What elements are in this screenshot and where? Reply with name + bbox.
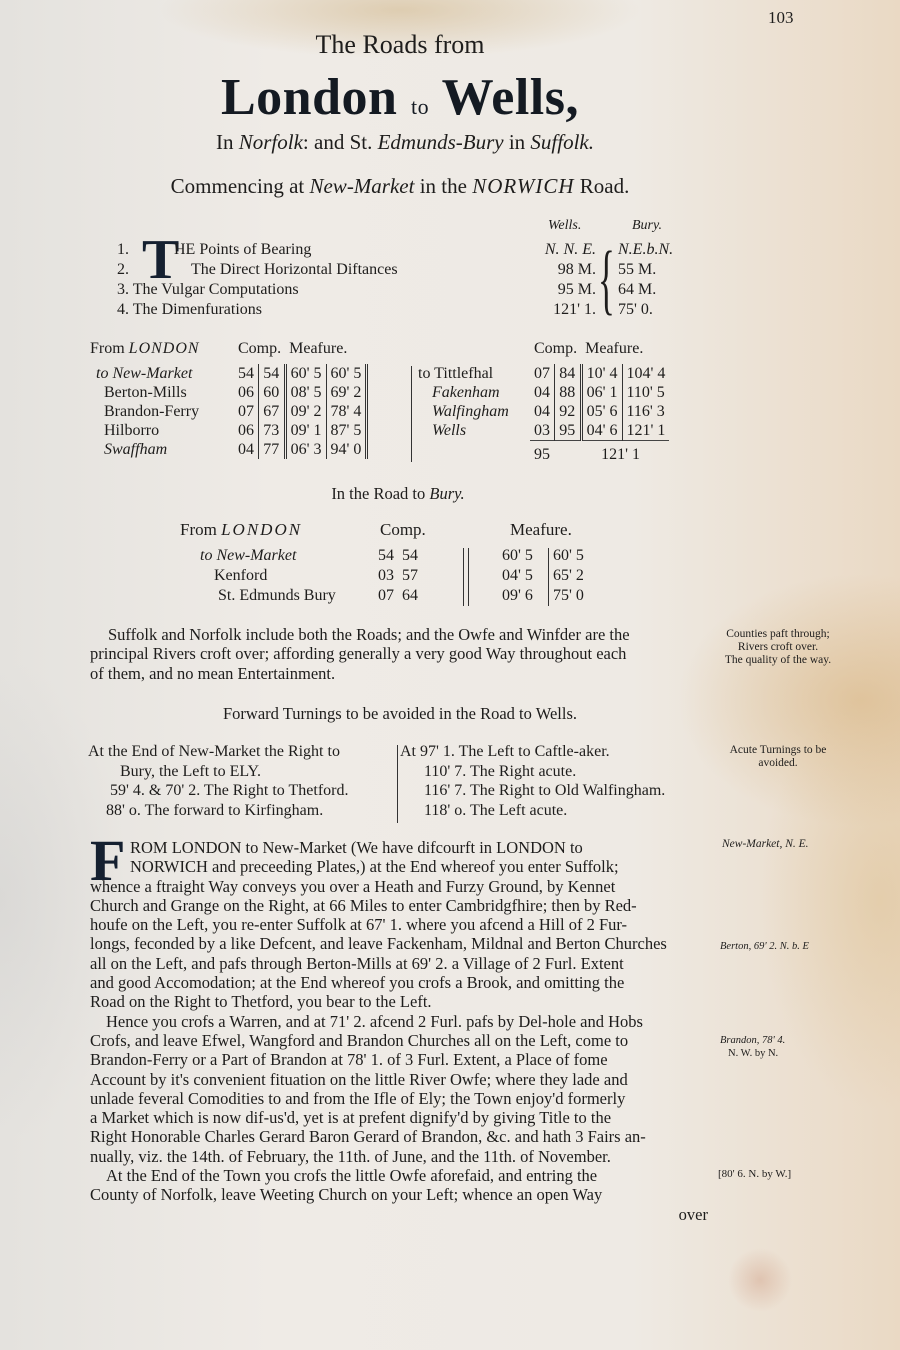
- subtitle-county1: Norfolk: [239, 130, 303, 154]
- body-text: ROM LONDON to New-Market (We have difcou…: [90, 838, 708, 1224]
- comp-1: 54: [378, 547, 394, 564]
- table-row: Brandon-Ferry 07 67 09' 2 78' 4: [86, 402, 367, 421]
- main-title: London to Wells,: [0, 68, 800, 127]
- margin-note-brandon: Brandon, 78' 4. N. W. by N.: [720, 1034, 785, 1060]
- measure-2: 94' 0: [326, 440, 367, 459]
- paragraph-line: principal Rivers croft over; affording g…: [90, 644, 708, 663]
- bearing-item: 1.HE Points of Bearing: [117, 240, 398, 260]
- item-label: The Direct Horizontal Diftances: [129, 261, 398, 278]
- body-line: Hence you crofs a Warren, and at 71' 2. …: [90, 1012, 708, 1031]
- comp-1: 04: [234, 440, 259, 459]
- commencing-prefix: Commencing at: [171, 174, 305, 198]
- table-row: Walfingham 04 92 05' 6 116' 3: [414, 402, 669, 421]
- commencing-suffix: Road.: [580, 174, 630, 198]
- table-row: Hilborro 06 73 09' 1 87' 5: [86, 421, 367, 440]
- bury-heading-place: Bury.: [429, 484, 464, 503]
- bearing-item: 3. The Vulgar Computations: [117, 280, 398, 300]
- measure-2: 60' 5: [553, 546, 584, 566]
- bury-heading: In the Road to Bury.: [0, 484, 796, 504]
- page-number: 103: [768, 8, 794, 28]
- wells-table-right: Comp. Meafure. to Tittlefhal 07 84 10' 4…: [414, 340, 669, 464]
- bury-measure-1: 60' 5 04' 5 09' 6: [502, 546, 533, 606]
- measure-2: 121' 1: [622, 421, 669, 441]
- paragraph-line: of them, and no mean Entertainment.: [90, 664, 708, 683]
- bury-from-heading: From LONDON: [180, 520, 302, 540]
- place: Wells: [414, 421, 530, 441]
- measure-1: 06' 1: [581, 383, 622, 402]
- table-row: to New-Market 54 54 60' 5 60' 5: [86, 364, 367, 383]
- table-divider: [411, 366, 412, 462]
- comp-1: 04: [530, 402, 555, 421]
- paragraph-line: Suffolk and Norfolk include both the Roa…: [90, 625, 708, 644]
- subtitle-in: in: [509, 130, 525, 154]
- bury-rule: [548, 548, 549, 606]
- table-row: 07 64: [378, 586, 418, 606]
- place: St. Edmunds Bury: [200, 586, 336, 606]
- body-line: Road on the Right to Thetford, you bear …: [90, 992, 708, 1011]
- counties-paragraph: Suffolk and Norfolk include both the Roa…: [90, 625, 708, 683]
- place: Hilborro: [86, 421, 234, 440]
- item-num: 4.: [117, 301, 129, 318]
- subtitle-mid: : and St.: [303, 130, 372, 154]
- measure-2: 78' 4: [326, 402, 367, 421]
- place: Berton-Mills: [86, 383, 234, 402]
- measure-2: 69' 2: [326, 383, 367, 402]
- comp-2: 54: [259, 364, 285, 383]
- subtitle-prefix: In: [216, 130, 234, 154]
- head-measure: Meafure.: [581, 340, 669, 364]
- wells-bearing: N. N. E.: [520, 240, 596, 260]
- table-row: Wells 03 95 04' 6 121' 1: [414, 421, 669, 441]
- total-row: 95 121' 1: [414, 441, 669, 465]
- body-line: Church and Grange on the Right, at 66 Mi…: [90, 896, 708, 915]
- comp-2: 95: [555, 421, 581, 441]
- turning-item: 118' o. The Left acute.: [400, 801, 665, 821]
- item-num: 3.: [117, 281, 129, 298]
- total-comp: 95: [530, 441, 581, 465]
- title-to-word: to: [411, 94, 429, 119]
- title-dest: Wells,: [442, 69, 579, 126]
- place: Swaffham: [86, 440, 234, 459]
- bury-heading-prefix: In the Road to: [331, 484, 425, 503]
- item-num: 1.: [117, 241, 129, 258]
- body-line: whence a ftraight Way conveys you over a…: [90, 877, 708, 896]
- commencing-place: New-Market: [309, 174, 414, 198]
- turnings-left: At the End of New-Market the Right to Bu…: [88, 742, 349, 820]
- comp-1: 06: [234, 383, 259, 402]
- measure-1: 04' 6: [581, 421, 622, 441]
- measure-1: 10' 4: [581, 364, 622, 383]
- bury-computation: 64 M.: [618, 280, 673, 300]
- bury-distance: 55 M.: [618, 260, 673, 280]
- col-bury-heading: Bury.: [632, 218, 662, 234]
- head-measure: Meafure.: [285, 340, 367, 364]
- place: to New-Market: [86, 364, 234, 383]
- place: Fakenham: [414, 383, 530, 402]
- bearing-item: 4. The Dimenfurations: [117, 300, 398, 320]
- bury-bearing: N.E.b.N.: [618, 240, 673, 260]
- place: to Tittlefhal: [414, 364, 530, 383]
- total-measure: 121' 1: [581, 441, 669, 465]
- comp-1: 03: [378, 567, 394, 584]
- turnings-heading: Forward Turnings to be avoided in the Ro…: [0, 704, 800, 724]
- body-line: ROM LONDON to New-Market (We have difcou…: [90, 838, 708, 857]
- subtitle: In Norfolk: and St. Edmunds-Bury in Suff…: [0, 130, 810, 155]
- measure-2: 60' 5: [326, 364, 367, 383]
- bury-dimensuration: 75' 0.: [618, 300, 673, 320]
- head-london: LONDON: [129, 340, 200, 357]
- comp-2: 64: [402, 587, 418, 604]
- wells-values: N. N. E. 98 M. 95 M. 121' 1.: [520, 240, 596, 320]
- comp-2: 73: [259, 421, 285, 440]
- comp-2: 67: [259, 402, 285, 421]
- body-line: houfe on the Left, you re-enter Suffolk …: [90, 915, 708, 934]
- measure-1: 60' 5: [285, 364, 326, 383]
- measure-1: 09' 2: [285, 402, 326, 421]
- bury-double-rule: [463, 548, 469, 606]
- body-line: Account by it's convenient fituation on …: [90, 1070, 708, 1089]
- comp-1: 04: [530, 383, 555, 402]
- margin-note-newmarket: New-Market, N. E.: [722, 838, 809, 851]
- comp-1: 06: [234, 421, 259, 440]
- body-line: longs, feconded by a like Defcent, and l…: [90, 934, 708, 953]
- body-line: Crofs, and leave Efwel, Wangford and Bra…: [90, 1031, 708, 1050]
- body-line: all on the Left, and pafs through Berton…: [90, 954, 708, 973]
- bury-measure-2: 60' 5 65' 2 75' 0: [553, 546, 584, 606]
- bury-places: to New-Market Kenford St. Edmunds Bury: [200, 546, 336, 606]
- measure-1: 09' 6: [502, 586, 533, 606]
- margin-note-bracket: [80' 6. N. by W.]: [718, 1168, 791, 1181]
- turning-item: Bury, the Left to ELY.: [88, 762, 349, 782]
- commencing-mid: in the: [420, 174, 467, 198]
- comp-2: 54: [402, 547, 418, 564]
- measure-2: 75' 0: [553, 586, 584, 606]
- margin-line: Counties paft through;: [716, 628, 840, 641]
- measure-2: 87' 5: [326, 421, 367, 440]
- bury-comp: 54 54 03 57 07 64: [378, 546, 418, 606]
- wells-distance: 98 M.: [520, 260, 596, 280]
- turning-item: 110' 7. The Right acute.: [400, 762, 665, 782]
- comp-1: 07: [530, 364, 555, 383]
- item-label: The Vulgar Computations: [133, 281, 299, 298]
- turnings-divider: [397, 745, 398, 823]
- bury-comp-heading: Comp.: [380, 520, 426, 540]
- commencing-road: NORWICH: [472, 174, 574, 198]
- measure-1: 09' 1: [285, 421, 326, 440]
- head-comp: Comp.: [234, 340, 285, 364]
- place: Kenford: [200, 566, 336, 586]
- turning-item: 116' 7. The Right to Old Walfingham.: [400, 781, 665, 801]
- margin-line: Brandon, 78' 4.: [720, 1034, 785, 1047]
- brace-glyph: {: [598, 240, 615, 318]
- table-row: 03 57: [378, 566, 418, 586]
- head-from: From: [90, 340, 125, 357]
- item-num: 2.: [117, 261, 129, 278]
- margin-line: avoided.: [716, 757, 840, 770]
- margin-line: The quality of the way.: [716, 654, 840, 667]
- margin-note-berton: Berton, 69' 2. N. b. E: [720, 940, 809, 953]
- bearing-item: 2.The Direct Horizontal Diftances: [117, 260, 398, 280]
- margin-line: Rivers croft over.: [716, 641, 840, 654]
- wells-computation: 95 M.: [520, 280, 596, 300]
- bearing-list: 1.HE Points of Bearing 2.The Direct Hori…: [117, 240, 398, 320]
- table-row: Berton-Mills 06 60 08' 5 69' 2: [86, 383, 367, 402]
- body-line: unlade feveral Comodities to and from th…: [90, 1089, 708, 1108]
- subtitle-town: Edmunds-Bury: [378, 130, 504, 154]
- item-label: HE Points of Bearing: [129, 241, 311, 258]
- bury-values: N.E.b.N. 55 M. 64 M. 75' 0.: [618, 240, 673, 320]
- subtitle-county2: Suffolk.: [530, 130, 594, 154]
- comp-1: 54: [234, 364, 259, 383]
- body-line: Right Honorable Charles Gerard Baron Ger…: [90, 1127, 708, 1146]
- turnings-right: At 97' 1. The Left to Caftle-aker. 110' …: [400, 742, 665, 820]
- table-row: Fakenham 04 88 06' 1 110' 5: [414, 383, 669, 402]
- commencing-line: Commencing at New-Market in the NORWICH …: [0, 174, 800, 199]
- wells-table-left: From LONDON Comp. Meafure. to New-Market…: [86, 340, 368, 459]
- title-from: London: [221, 69, 397, 126]
- comp-2: 60: [259, 383, 285, 402]
- head-london: LONDON: [221, 520, 302, 539]
- measure-1: 05' 6: [581, 402, 622, 421]
- body-line: County of Norfolk, leave Weeting Church …: [90, 1185, 708, 1204]
- measure-1: 08' 5: [285, 383, 326, 402]
- catchword: over: [90, 1205, 708, 1224]
- place: to New-Market: [200, 546, 336, 566]
- turning-item: At 97' 1. The Left to Caftle-aker.: [400, 742, 665, 762]
- measure-1: 06' 3: [285, 440, 326, 459]
- margin-note-acute: Acute Turnings to be avoided.: [716, 744, 840, 770]
- margin-line: Acute Turnings to be: [716, 744, 840, 757]
- body-line: NORWICH and preceeding Plates,) at the E…: [90, 857, 708, 876]
- body-line: nually, viz. the 14th. of February, the …: [90, 1147, 708, 1166]
- wells-dimensuration: 121' 1.: [520, 300, 596, 320]
- measure-1: 60' 5: [502, 546, 533, 566]
- body-line: Brandon-Ferry or a Part of Brandon at 78…: [90, 1050, 708, 1069]
- turning-item: 59' 4. & 70' 2. The Right to Thetford.: [88, 781, 349, 801]
- table-row: 54 54: [378, 546, 418, 566]
- measure-2: 65' 2: [553, 566, 584, 586]
- body-line: a Market which is now dif-us'd, yet is a…: [90, 1108, 708, 1127]
- turning-item: 88' o. The forward to Kirfingham.: [88, 801, 349, 821]
- measure-1: 04' 5: [502, 566, 533, 586]
- measure-2: 104' 4: [622, 364, 669, 383]
- table-row: Swaffham 04 77 06' 3 94' 0: [86, 440, 367, 459]
- comp-2: 77: [259, 440, 285, 459]
- comp-1: 07: [234, 402, 259, 421]
- body-line: and good Accomodation; at the End whereo…: [90, 973, 708, 992]
- head-from: From: [180, 520, 217, 539]
- comp-1: 03: [530, 421, 555, 441]
- place: Brandon-Ferry: [86, 402, 234, 421]
- head-comp: Comp.: [530, 340, 581, 364]
- turning-item: At the End of New-Market the Right to: [88, 742, 349, 762]
- comp-1: 07: [378, 587, 394, 604]
- item-label: The Dimenfurations: [133, 301, 262, 318]
- measure-2: 116' 3: [622, 402, 669, 421]
- comp-2: 84: [555, 364, 581, 383]
- table-row: to Tittlefhal 07 84 10' 4 104' 4: [414, 364, 669, 383]
- title-line-1: The Roads from: [0, 30, 800, 60]
- place: Walfingham: [414, 402, 530, 421]
- body-line: At the End of the Town you crofs the lit…: [90, 1166, 708, 1185]
- measure-2: 110' 5: [622, 383, 669, 402]
- col-wells-heading: Wells.: [548, 218, 581, 234]
- comp-2: 57: [402, 567, 418, 584]
- comp-2: 88: [555, 383, 581, 402]
- margin-note-counties: Counties paft through; Rivers croft over…: [716, 628, 840, 667]
- margin-line: N. W. by N.: [720, 1047, 785, 1060]
- bury-measure-heading: Meafure.: [510, 520, 572, 540]
- comp-2: 92: [555, 402, 581, 421]
